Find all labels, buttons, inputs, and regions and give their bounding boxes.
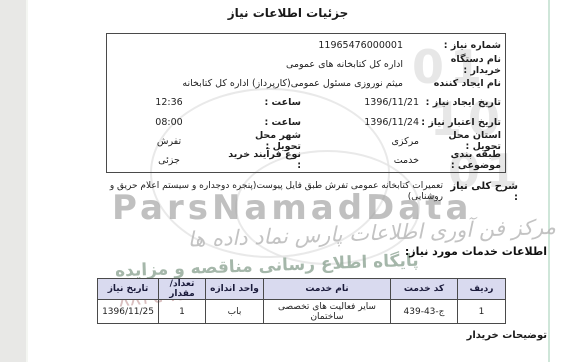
create-date-value: 1396/11/21 xyxy=(301,97,419,108)
service-table-row: 1 ج-43-439 سایر فعالیت های تخصصی ساختمان… xyxy=(98,300,506,324)
general-description-label: شرح کلی نیاز : xyxy=(443,181,518,203)
cell-unit: باب xyxy=(206,300,264,324)
cell-quantity: 1 xyxy=(159,300,206,324)
buyer-notes-label: توضیحات خریدار xyxy=(467,330,547,341)
buyer-org-label: نام دستگاه خریدار : xyxy=(419,54,501,76)
col-header-need-date: تاریخ نیاز xyxy=(98,279,159,300)
document-page: 01 10 01 ParsNamadData مرکز فن آوری اطلا… xyxy=(0,0,576,362)
content-layer: جزئیات اطلاعات نیاز شماره نیاز : 1196547… xyxy=(0,0,576,362)
classification-row: طبقه بندی موضوعی : خدمت نوع فرآیند خرید … xyxy=(111,151,501,170)
col-header-row-number: ردیف xyxy=(458,279,506,300)
validity-time-value: 08:00 xyxy=(111,117,227,128)
delivery-city-value: تفرش xyxy=(111,136,227,147)
subject-classification-value: خدمت xyxy=(301,155,419,166)
create-time-label: ساعت : xyxy=(227,97,301,108)
purchase-process-type-label: نوع فرآیند خرید : xyxy=(227,149,301,171)
need-info-box: شماره نیاز : 11965476000001 نام دستگاه خ… xyxy=(106,33,506,173)
page-title: جزئیات اطلاعات نیاز xyxy=(28,6,548,20)
validity-time-label: ساعت : xyxy=(227,117,301,128)
col-header-unit: واحد اندازه xyxy=(206,279,264,300)
delivery-province-value: مرکزی xyxy=(301,136,419,147)
need-number-row: شماره نیاز : 11965476000001 xyxy=(111,36,501,55)
col-header-service-name: نام خدمت xyxy=(264,279,391,300)
purchase-process-type-value: جزئی xyxy=(111,155,227,166)
cell-need-date: 1396/11/25 xyxy=(98,300,159,324)
validity-date-row: تاریخ اعتبار نیاز : 1396/11/24 ساعت : 08… xyxy=(111,113,501,132)
delivery-location-row: استان محل تحویل : مرکزی شهر محل تحویل : … xyxy=(111,132,501,151)
creator-value: میثم نوروزی مسئول عمومی(کارپرداز) اداره … xyxy=(111,78,419,89)
cell-service-name: سایر فعالیت های تخصصی ساختمان xyxy=(264,300,391,324)
buyer-org-value: اداره کل کتابخانه های عمومی xyxy=(111,59,419,70)
need-number-value: 11965476000001 xyxy=(111,40,419,51)
service-table-header-row: ردیف کد خدمت نام خدمت واحد اندازه تعداد/… xyxy=(98,279,506,300)
buyer-org-row: نام دستگاه خریدار : اداره کل کتابخانه ها… xyxy=(111,55,501,74)
creator-row: نام ایجاد کننده میثم نوروزی مسئول عمومی(… xyxy=(111,74,501,93)
validity-date-value: 1396/11/24 xyxy=(301,117,419,128)
col-header-quantity: تعداد/ مقدار xyxy=(159,279,206,300)
create-date-row: تاریخ ایجاد نیاز : 1396/11/21 ساعت : 12:… xyxy=(111,93,501,112)
validity-date-label: تاریخ اعتبار نیاز : xyxy=(419,117,501,128)
services-section-title: اطلاعات خدمات مورد نیاز: xyxy=(405,245,547,258)
create-time-value: 12:36 xyxy=(111,97,227,108)
cell-row-number: 1 xyxy=(458,300,506,324)
service-items-table: ردیف کد خدمت نام خدمت واحد اندازه تعداد/… xyxy=(97,278,506,324)
general-description-row: شرح کلی نیاز : تعمیرات کتابخانه عمومی تف… xyxy=(0,181,547,203)
subject-classification-label: طبقه بندی موضوعی : xyxy=(419,149,501,171)
need-number-label: شماره نیاز : xyxy=(419,40,501,51)
create-date-label: تاریخ ایجاد نیاز : xyxy=(419,97,501,108)
general-description-value: تعمیرات کتابخانه عمومی تفرش طبق فایل پیو… xyxy=(83,181,443,203)
col-header-service-code: کد خدمت xyxy=(391,279,458,300)
cell-service-code: ج-43-439 xyxy=(391,300,458,324)
creator-label: نام ایجاد کننده xyxy=(419,78,501,89)
